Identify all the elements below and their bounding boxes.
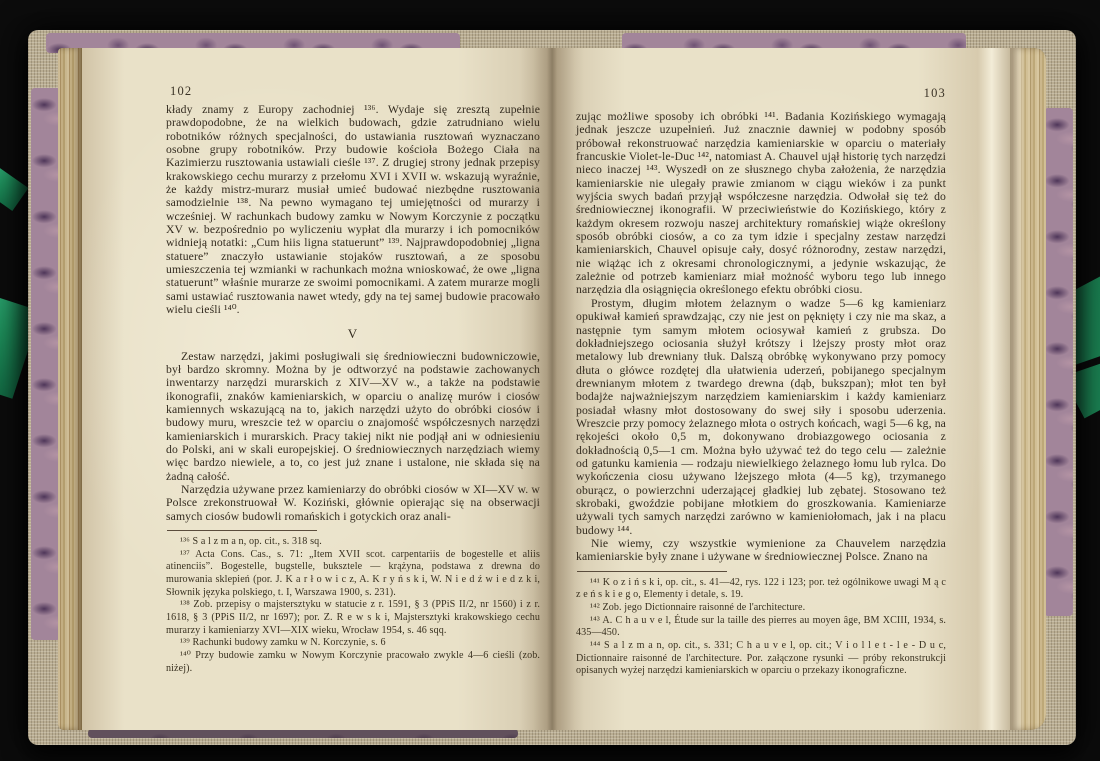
footnote-140: ¹⁴⁰ Przy budowie zamku w Nowym Korczynie…: [166, 650, 540, 675]
left-page: 102 kłady znamy z Europy zachodniej ¹³⁶.…: [82, 48, 552, 730]
footnotes-right: ¹⁴¹ K o z i ń s k i, op. cit., s. 41—42,…: [576, 571, 946, 678]
paragraph-unknown: Nie wiemy, czy wszystkie wymienione za C…: [576, 537, 946, 564]
page-spread: 102 kłady znamy z Europy zachodniej ¹³⁶.…: [58, 48, 1046, 730]
page-number-left: 102: [170, 84, 192, 99]
cover-marble-bottom: [88, 729, 518, 738]
section-heading: V: [166, 326, 540, 342]
open-book: 102 kłady znamy z Europy zachodniej ¹³⁶.…: [28, 30, 1076, 745]
footnote-143: ¹⁴³ A. C h a u v e l, Étude sur la taill…: [576, 615, 946, 640]
footnote-137: ¹³⁷ Acta Cons. Cas., s. 71: „Item XVII s…: [166, 549, 540, 600]
footnote-separator: [167, 530, 317, 531]
page-edges-left: [58, 48, 82, 730]
paragraph-hammer: Prostym, długim młotem żelaznym o wadze …: [576, 297, 946, 537]
footnote-139: ¹³⁹ Rachunki budowy zamku w N. Korczynie…: [166, 637, 540, 650]
paragraph-methods: zując możliwe sposoby ich obróbki ¹⁴¹. B…: [576, 110, 946, 297]
left-page-text: kłady znamy z Europy zachodniej ¹³⁶. Wyd…: [166, 103, 540, 675]
footnote-141: ¹⁴¹ K o z i ń s k i, op. cit., s. 41—42,…: [576, 577, 946, 602]
footnote-separator: [577, 571, 727, 572]
footnote-138: ¹³⁸ Zob. przepisy o majstersztyku w stat…: [166, 599, 540, 637]
paragraph-intro: kłady znamy z Europy zachodniej ¹³⁶. Wyd…: [166, 103, 540, 317]
page-edges-right: [1010, 48, 1046, 730]
cover-marble-left: [31, 88, 61, 640]
right-page-text: zując możliwe sposoby ich obróbki ¹⁴¹. B…: [576, 110, 946, 678]
footnote-144: ¹⁴⁴ S a l z m a n, op. cit., s. 331; C h…: [576, 640, 946, 678]
footnotes-left: ¹³⁶ S a l z m a n, op. cit., s. 318 sq. …: [166, 530, 540, 675]
footnote-142: ¹⁴² Zob. jego Dictionnaire raisonné de l…: [576, 602, 946, 615]
cover-marble-right: [1044, 108, 1073, 616]
paragraph-reconstruct: Narzędzia używane przez kamieniarzy do o…: [166, 483, 540, 523]
right-page: 103 zując możliwe sposoby ich obróbki ¹⁴…: [552, 48, 1010, 730]
photo-open-book: { "colors": { "background": "#0c0c0c", "…: [0, 0, 1100, 761]
footnote-136: ¹³⁶ S a l z m a n, op. cit., s. 318 sq.: [166, 536, 540, 549]
page-number-right: 103: [576, 86, 946, 101]
paragraph-tools: Zestaw narzędzi, jakimi posługiwali się …: [166, 350, 540, 483]
green-ribbon-left-top: [0, 165, 28, 211]
